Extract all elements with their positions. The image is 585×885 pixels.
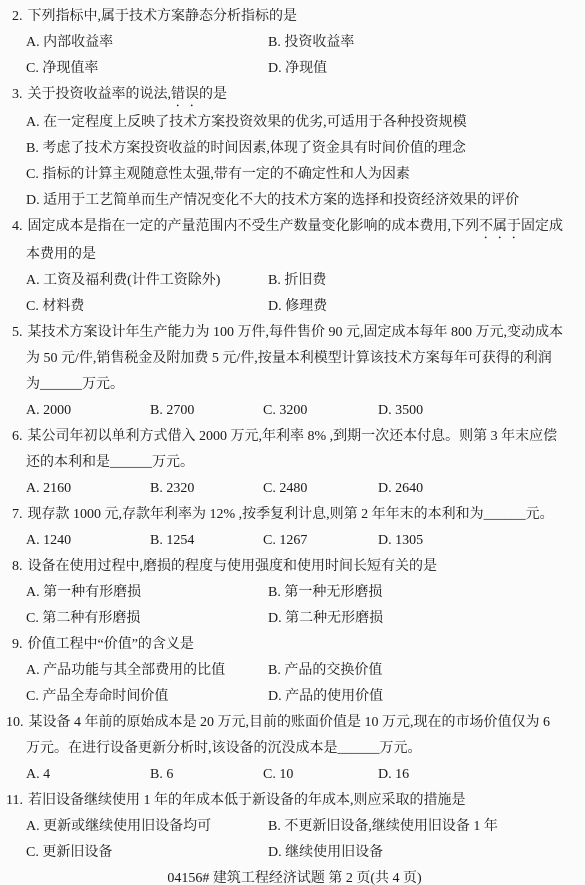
options: A. 在一定程度上反映了技术方案投资效果的优劣,可适用于各种投资规模 B. 考虑… — [12, 110, 577, 214]
option-b: B. 投资收益率 — [268, 30, 577, 56]
option-a: A. 更新或继续使用旧设备均可 — [26, 814, 268, 840]
option-b: B. 折旧费 — [268, 268, 577, 294]
question-stem: 6.某公司年初以单利方式借入 2000 万元,年利率 8% ,到期一次还本付息。… — [12, 424, 577, 450]
stem-text: 固定成 — [521, 219, 563, 234]
option-c: C. 更新旧设备 — [26, 840, 268, 866]
question-number: 8. — [12, 559, 23, 574]
stem-text: 下列指标中,属于技术方案静态分析指标的是 — [28, 9, 298, 24]
option-d: D. 产品的使用价值 — [268, 684, 577, 710]
option-b: B. 产品的交换价值 — [268, 658, 577, 684]
question-2: 2.下列指标中,属于技术方案静态分析指标的是 A. 内部收益率 B. 投资收益率… — [12, 4, 577, 82]
question-stem: 7.现存款 1000 元,存款年利率为 12% ,按季复利计息,则第 2 年年末… — [12, 502, 577, 528]
question-stem: 5.某技术方案设计年生产能力为 100 万件,每件售价 90 元,固定成本每年 … — [12, 320, 577, 346]
stem-text: 某设备 4 年前的原始成本是 20 万元,目前的账面价值是 10 万元,现在的市… — [29, 715, 551, 730]
stem-text: 的是 — [199, 87, 227, 102]
option-a: A. 在一定程度上反映了技术方案投资效果的优劣,可适用于各种投资规模 — [26, 110, 577, 136]
option-d: D. 适用于工艺简单而生产情况变化不大的技术方案的选择和投资经济效果的评价 — [26, 188, 577, 214]
options: A. 4 B. 6 C. 10 D. 16 — [12, 762, 577, 788]
question-stem: 2.下列指标中,属于技术方案静态分析指标的是 — [12, 4, 577, 30]
option-a: A. 1240 — [26, 528, 150, 554]
option-b: B. 不更新旧设备,继续使用旧设备 1 年 — [268, 814, 577, 840]
option-a: A. 工资及福利费(计件工资除外) — [26, 268, 268, 294]
stem-text: 关于投资收益率的说法, — [28, 87, 172, 102]
option-c: C. 净现值率 — [26, 56, 268, 82]
option-c: C. 材料费 — [26, 294, 268, 320]
exam-page: 2.下列指标中,属于技术方案静态分析指标的是 A. 内部收益率 B. 投资收益率… — [0, 0, 585, 885]
option-a: A. 4 — [26, 762, 150, 788]
stem-emphasis: 错误 — [171, 87, 199, 102]
question-9: 9.价值工程中“价值”的含义是 A. 产品功能与其全部费用的比值 B. 产品的交… — [12, 632, 577, 710]
options: A. 2000 B. 2700 C. 3200 D. 3500 — [12, 398, 577, 424]
option-b: B. 考虑了技术方案投资收益的时间因素,体现了资金具有时间价值的理念 — [26, 136, 577, 162]
option-b: B. 1254 — [150, 528, 263, 554]
question-stem-continuation: 本费用的是 — [12, 242, 577, 268]
stem-text: 某公司年初以单利方式借入 2000 万元,年利率 8% ,到期一次还本付息。则第… — [28, 429, 558, 444]
option-d: D. 2640 — [378, 476, 577, 502]
question-number: 10. — [6, 715, 24, 730]
question-8: 8.设备在使用过程中,磨损的程度与使用强度和使用时间长短有关的是 A. 第一种有… — [12, 554, 577, 632]
options: A. 工资及福利费(计件工资除外) B. 折旧费 C. 材料费 D. 修理费 — [12, 268, 577, 320]
option-c: C. 3200 — [263, 398, 378, 424]
stem-text: 固定成本是指在一定的产量范围内不受生产数量变化影响的成本费用,下列 — [28, 219, 480, 234]
option-c: C. 指标的计算主观随意性太强,带有一定的不确定性和人为因素 — [26, 162, 577, 188]
option-b: B. 2320 — [150, 476, 263, 502]
question-3: 3.关于投资收益率的说法,错误的是 A. 在一定程度上反映了技术方案投资效果的优… — [12, 82, 577, 214]
option-d: D. 1305 — [378, 528, 577, 554]
stem-emphasis: 不属于 — [479, 219, 521, 234]
question-stem-continuation: 为 50 元/件,销售税金及附加费 5 元/件,按量本利模型计算该技术方案每年可… — [12, 346, 577, 372]
option-d: D. 净现值 — [268, 56, 577, 82]
option-b: B. 第一种无形磨损 — [268, 580, 577, 606]
question-stem: 3.关于投资收益率的说法,错误的是 — [12, 82, 577, 110]
question-7: 7.现存款 1000 元,存款年利率为 12% ,按季复利计息,则第 2 年年末… — [12, 502, 577, 554]
stem-text: 某技术方案设计年生产能力为 100 万件,每件售价 90 元,固定成本每年 80… — [28, 325, 564, 340]
question-number: 5. — [12, 325, 23, 340]
options: A. 产品功能与其全部费用的比值 B. 产品的交换价值 C. 产品全寿命时间价值… — [12, 658, 577, 710]
question-number: 11. — [6, 793, 23, 808]
option-d: D. 3500 — [378, 398, 577, 424]
question-11: 11.若旧设备继续使用 1 年的年成本低于新设备的年成本,则应采取的措施是 A.… — [12, 788, 577, 866]
question-stem-continuation: 还的本利和是______万元。 — [12, 450, 577, 476]
option-d: D. 修理费 — [268, 294, 577, 320]
option-c: C. 1267 — [263, 528, 378, 554]
question-stem: 8.设备在使用过程中,磨损的程度与使用强度和使用时间长短有关的是 — [12, 554, 577, 580]
stem-text: 若旧设备继续使用 1 年的年成本低于新设备的年成本,则应采取的措施是 — [28, 793, 466, 808]
options: A. 2160 B. 2320 C. 2480 D. 2640 — [12, 476, 577, 502]
options: A. 第一种有形磨损 B. 第一种无形磨损 C. 第二种有形磨损 D. 第二种无… — [12, 580, 577, 632]
question-6: 6.某公司年初以单利方式借入 2000 万元,年利率 8% ,到期一次还本付息。… — [12, 424, 577, 502]
question-number: 4. — [12, 219, 23, 234]
option-b: B. 6 — [150, 762, 263, 788]
stem-text: 价值工程中“价值”的含义是 — [28, 637, 194, 652]
question-stem: 10.某设备 4 年前的原始成本是 20 万元,目前的账面价值是 10 万元,现… — [12, 710, 577, 736]
option-a: A. 第一种有形磨损 — [26, 580, 268, 606]
options: A. 1240 B. 1254 C. 1267 D. 1305 — [12, 528, 577, 554]
option-d: D. 第二种无形磨损 — [268, 606, 577, 632]
option-a: A. 2000 — [26, 398, 150, 424]
stem-text: 现存款 1000 元,存款年利率为 12% ,按季复利计息,则第 2 年年末的本… — [28, 507, 554, 522]
option-c: C. 产品全寿命时间价值 — [26, 684, 268, 710]
option-a: A. 产品功能与其全部费用的比值 — [26, 658, 268, 684]
option-d: D. 继续使用旧设备 — [268, 840, 577, 866]
option-c: C. 2480 — [263, 476, 378, 502]
stem-text: 设备在使用过程中,磨损的程度与使用强度和使用时间长短有关的是 — [28, 559, 438, 574]
option-b: B. 2700 — [150, 398, 263, 424]
question-10: 10.某设备 4 年前的原始成本是 20 万元,目前的账面价值是 10 万元,现… — [12, 710, 577, 788]
question-number: 6. — [12, 429, 23, 444]
question-number: 7. — [12, 507, 23, 522]
question-stem: 11.若旧设备继续使用 1 年的年成本低于新设备的年成本,则应采取的措施是 — [12, 788, 577, 814]
question-number: 3. — [12, 87, 23, 102]
option-d: D. 16 — [378, 762, 577, 788]
question-5: 5.某技术方案设计年生产能力为 100 万件,每件售价 90 元,固定成本每年 … — [12, 320, 577, 424]
question-stem-continuation: 为______万元。 — [12, 372, 577, 398]
question-4: 4.固定成本是指在一定的产量范围内不受生产数量变化影响的成本费用,下列不属于固定… — [12, 214, 577, 320]
page-footer: 04156# 建筑工程经济试题 第 2 页(共 4 页) — [12, 866, 577, 885]
question-stem-continuation: 万元。在进行设备更新分析时,该设备的沉没成本是______万元。 — [12, 736, 577, 762]
option-c: C. 10 — [263, 762, 378, 788]
option-a: A. 2160 — [26, 476, 150, 502]
option-c: C. 第二种有形磨损 — [26, 606, 268, 632]
option-a: A. 内部收益率 — [26, 30, 268, 56]
options: A. 更新或继续使用旧设备均可 B. 不更新旧设备,继续使用旧设备 1 年 C.… — [12, 814, 577, 866]
question-stem: 9.价值工程中“价值”的含义是 — [12, 632, 577, 658]
question-number: 2. — [12, 9, 23, 24]
options: A. 内部收益率 B. 投资收益率 C. 净现值率 D. 净现值 — [12, 30, 577, 82]
question-stem: 4.固定成本是指在一定的产量范围内不受生产数量变化影响的成本费用,下列不属于固定… — [12, 214, 577, 242]
question-number: 9. — [12, 637, 23, 652]
